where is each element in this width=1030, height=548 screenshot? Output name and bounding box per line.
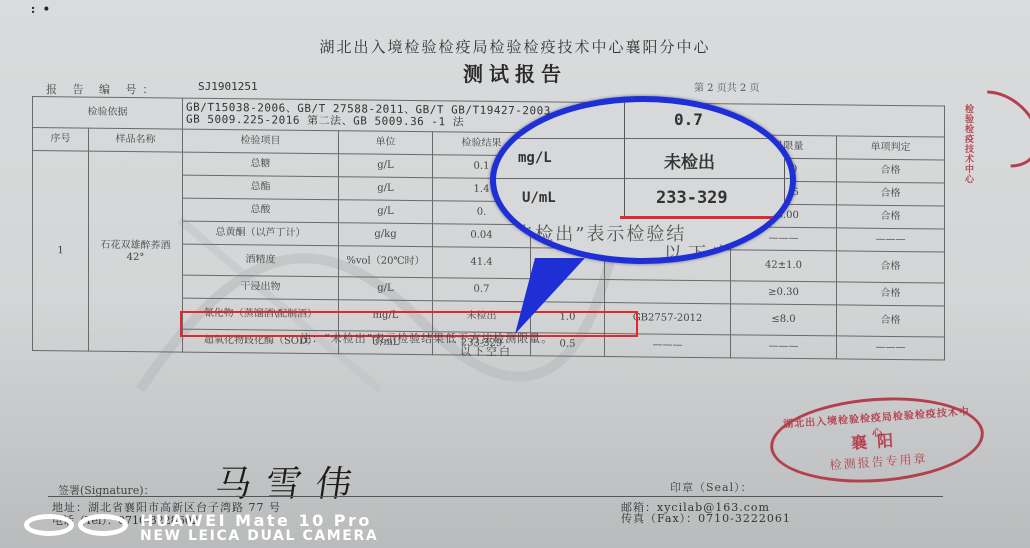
footer-divider [48,496,943,497]
magnifier-top-value: 0.7 [674,110,703,129]
cell-unit: %vol（20℃时） [339,246,433,278]
page-indicator: 第 2 页共 2 页 [694,79,759,94]
camera-tagline: NEW LEICA DUAL CAMERA [140,528,378,544]
cell-product-limit: ——— [731,335,837,359]
cell-verdict: 合格 [837,182,945,206]
cell-unit: g/kg [339,223,433,247]
column-header: 单位 [339,131,433,155]
column-header: 检验项目 [183,129,339,154]
fax: 传真（Fax）：0710-3222061 [621,510,791,526]
cell-verdict: ——— [837,336,945,360]
seal-label: 印章（Seal）： [670,479,753,495]
magnifier-rule [496,138,796,139]
official-seal: 湖北出入境检验检疫局检验检疫技术中心 襄阳 检测报告专用章 [767,391,986,490]
organization-title: 湖北出入境检验检疫局检验检疫技术中心襄阳分中心 [0,36,1030,57]
cell-item: 总酸 [183,198,339,223]
cell-product-limit: ≤8.0 [731,304,837,336]
cell-unit: g/L [339,200,433,224]
cell-item: 总黄酮（以芦丁计） [183,221,339,246]
magnifier-highlight-underline [620,216,790,219]
ring-icon [78,514,128,536]
column-header: 单项判定 [837,136,945,160]
cell-verdict: 合格 [837,282,945,306]
cell-verdict: 合格 [837,159,945,183]
ring-icon [24,514,74,536]
magnifier-value-1: 未检出 [664,148,715,173]
magnifier-unit-1: mg/L [518,150,552,166]
magnifier-pointer-icon [505,250,595,340]
magnifier-unit-2: U/mL [522,190,556,206]
cell-unit: g/L [339,277,433,301]
cell-unit: g/L [339,154,433,178]
cell-verdict: 合格 [837,305,945,337]
cell-method: ——— [605,333,731,357]
magnifier-note-fragment: “未检出”表示检验结 [504,220,686,246]
magnifier-divider [624,102,625,217]
column-header: 样品名称 [89,128,183,152]
partial-seal-text: 检验检疫技术中心 [962,104,975,184]
cell-verdict: ——— [837,228,945,252]
cell-item: 干浸出物 [183,275,339,300]
cell-verdict: 合格 [837,251,945,283]
cell-item: 酒精度 [183,244,339,277]
blank-below-note: 以下空白 [460,343,512,359]
report-number-label: 报 告 编 号： [46,81,160,97]
magnifier-value-2: 233-329 [656,188,728,208]
sample-number: 1 [33,151,89,352]
sample-name: 石花双雄醉荞酒42° [89,151,183,352]
magnifier-divider [784,142,785,218]
cell-item: 总酯 [183,175,339,200]
cell-verdict: 合格 [837,205,945,229]
cell-product-limit: ≥0.30 [731,281,837,305]
corner-mark: ⠆• [30,2,53,18]
magnifier-rule [496,178,796,179]
leica-rings-icon [24,514,132,540]
cell-method [605,279,731,303]
partial-seal-top-right [943,75,1030,183]
cell-unit: g/L [339,177,433,201]
report-number: SJ1901251 [198,80,258,93]
magnifier-callout: 0.7 mg/L 未检出 U/mL 233-329 “未检出”表示检验结 以下空… [490,96,796,264]
cell-item: 总糖 [183,152,339,177]
basis-label: 检验依据 [33,97,183,130]
column-header: 序号 [33,128,89,152]
